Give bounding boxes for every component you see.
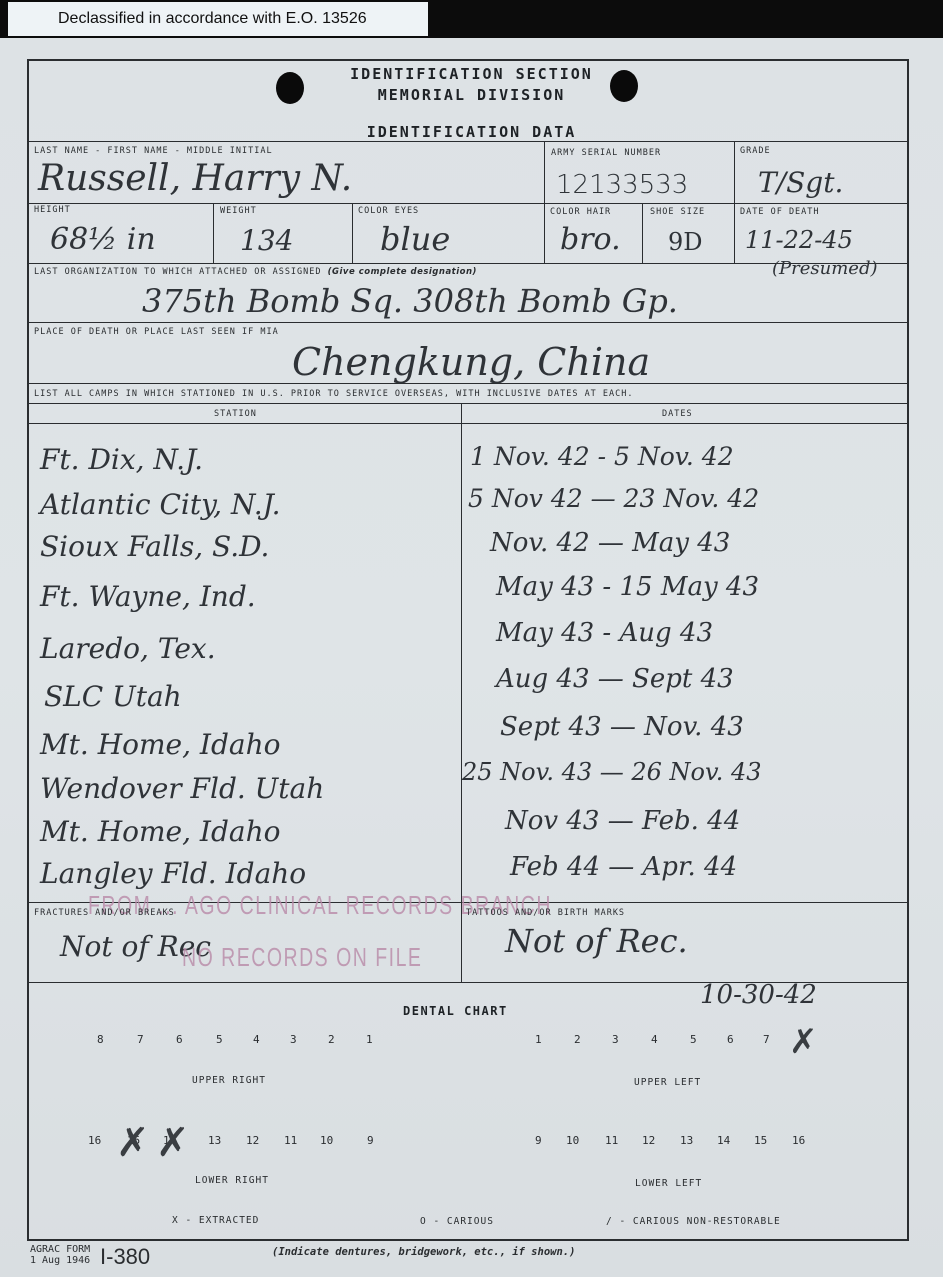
tooth: 4: [651, 1033, 658, 1046]
stamp-line2: NO RECORDS ON FILE: [182, 942, 422, 973]
station-header: STATION: [214, 409, 257, 419]
station-cell: Wendover Fld. Utah: [40, 772, 324, 805]
form-number: I-380: [100, 1244, 150, 1270]
divider: [734, 141, 735, 263]
tooth: 9: [367, 1134, 374, 1147]
station-cell: Sioux Falls, S.D.: [40, 530, 269, 563]
dates-cell: Nov 43 — Feb. 44: [505, 806, 740, 836]
height-value: 68½ in: [50, 222, 156, 257]
tooth: 7: [137, 1033, 144, 1046]
station-cell: Mt. Home, Idaho: [40, 728, 281, 761]
legend-non-restorable: / - CARIOUS NON-RESTORABLE: [606, 1216, 781, 1227]
grade-value: T/Sgt.: [758, 166, 843, 199]
dates-cell: 25 Nov. 43 — 26 Nov. 43: [462, 758, 762, 786]
form-info: AGRAC FORM 1 Aug 1946: [30, 1244, 90, 1266]
tooth: 6: [727, 1033, 734, 1046]
dates-cell: Nov. 42 — May 43: [490, 528, 730, 558]
tooth: 1: [366, 1033, 373, 1046]
tooth: 10: [320, 1134, 333, 1147]
footer-note: (Indicate dentures, bridgework, etc., if…: [272, 1246, 575, 1258]
death-date-value: 11-22-45: [745, 226, 853, 254]
organization-label-text: LAST ORGANIZATION TO WHICH ATTACHED OR A…: [34, 267, 322, 277]
divider: [27, 322, 909, 323]
eyes-value: blue: [380, 220, 450, 258]
extracted-x-mark: ✗: [116, 1120, 150, 1166]
eyes-label: COLOR EYES: [358, 206, 419, 216]
dates-cell: May 43 - 15 May 43: [496, 572, 759, 602]
divider: [27, 403, 909, 404]
hair-value: bro.: [560, 222, 621, 257]
place-value: Chengkung, China: [292, 340, 650, 384]
dates-cell: 5 Nov 42 — 23 Nov. 42: [468, 484, 759, 513]
tattoos-value: Not of Rec.: [505, 922, 688, 960]
divider: [544, 141, 545, 263]
station-cell: Ft. Wayne, Ind.: [40, 580, 256, 613]
name-label: LAST NAME - FIRST NAME - MIDDLE INITIAL: [34, 146, 273, 156]
serial-value: 12133533: [556, 170, 688, 200]
tooth: 9: [535, 1134, 542, 1147]
dates-cell: Aug 43 — Sept 43: [496, 664, 734, 694]
camps-instruction: LIST ALL CAMPS IN WHICH STATIONED IN U.S…: [34, 389, 634, 399]
tooth: 10: [566, 1134, 579, 1147]
tooth: 14: [717, 1134, 730, 1147]
name-value: Russell, Harry N.: [38, 158, 352, 199]
divider: [352, 203, 353, 263]
place-label: PLACE OF DEATH OR PLACE LAST SEEN IF MIA: [34, 327, 279, 337]
grade-label: GRADE: [740, 146, 771, 156]
tooth: 11: [284, 1134, 297, 1147]
extracted-x-mark: ✗: [789, 1022, 818, 1062]
header-line1: IDENTIFICATION SECTION: [0, 65, 943, 83]
station-cell: Mt. Home, Idaho: [40, 815, 281, 848]
divider: [213, 203, 214, 263]
station-cell: Ft. Dix, N.J.: [40, 443, 203, 476]
tooth: 1: [535, 1033, 542, 1046]
station-cell: Atlantic City, N.J.: [40, 488, 281, 521]
tooth: 13: [208, 1134, 221, 1147]
tooth: 12: [246, 1134, 259, 1147]
dates-cell: Sept 43 — Nov. 43: [500, 712, 744, 742]
hair-label: COLOR HAIR: [550, 207, 611, 217]
legend-carious: O - CARIOUS: [420, 1216, 494, 1227]
shoe-label: SHOE SIZE: [650, 207, 705, 217]
tooth: 11: [605, 1134, 618, 1147]
station-cell: Langley Fld. Idaho: [40, 857, 306, 890]
form-line2: 1 Aug 1946: [30, 1255, 90, 1266]
declassified-banner: Declassified in accordance with E.O. 135…: [8, 2, 428, 36]
tooth: 5: [216, 1033, 223, 1046]
dates-header: DATES: [662, 409, 693, 419]
tooth: 12: [642, 1134, 655, 1147]
lower-left-label: LOWER LEFT: [635, 1178, 702, 1189]
tooth: 6: [176, 1033, 183, 1046]
shoe-value: 9D: [668, 228, 703, 256]
upper-right-label: UPPER RIGHT: [192, 1075, 266, 1086]
upper-left-label: UPPER LEFT: [634, 1077, 701, 1088]
tooth: 3: [290, 1033, 297, 1046]
tooth: 15: [754, 1134, 767, 1147]
tooth: 3: [612, 1033, 619, 1046]
tooth: 13: [680, 1134, 693, 1147]
dental-date: 10-30-42: [700, 980, 817, 1010]
organization-label-note: (Give complete designation): [328, 267, 477, 277]
divider: [27, 423, 909, 424]
dates-cell: 1 Nov. 42 - 5 Nov. 42: [470, 442, 734, 471]
tooth: 2: [574, 1033, 581, 1046]
organization-label: LAST ORGANIZATION TO WHICH ATTACHED OR A…: [34, 267, 477, 277]
tattoos-label: TATTOOS AND/OR BIRTH MARKS: [466, 908, 625, 918]
death-date-label: DATE OF DEATH: [740, 207, 820, 217]
station-cell: Laredo, Tex.: [40, 632, 216, 665]
serial-label: ARMY SERIAL NUMBER: [551, 148, 661, 158]
divider: [27, 203, 909, 204]
tooth: 5: [690, 1033, 697, 1046]
header-line2: MEMORIAL DIVISION: [0, 86, 943, 104]
organization-value: 375th Bomb Sq. 308th Bomb Gp.: [142, 282, 678, 320]
extracted-x-mark: ✗: [156, 1120, 190, 1166]
tooth: 4: [253, 1033, 260, 1046]
dates-cell: May 43 - Aug 43: [496, 618, 713, 648]
tooth: 16: [88, 1134, 101, 1147]
legend-extracted: X - EXTRACTED: [172, 1215, 259, 1226]
death-date-note: (Presumed): [772, 258, 878, 279]
height-label: HEIGHT: [34, 205, 71, 215]
tooth: 2: [328, 1033, 335, 1046]
station-cell: SLC Utah: [44, 680, 182, 713]
weight-value: 134: [240, 224, 293, 257]
divider: [642, 203, 643, 263]
tooth: 7: [763, 1033, 770, 1046]
dates-cell: Feb 44 — Apr. 44: [510, 852, 737, 882]
divider: [27, 141, 909, 142]
tooth: 8: [97, 1033, 104, 1046]
lower-right-label: LOWER RIGHT: [195, 1175, 269, 1186]
weight-label: WEIGHT: [220, 206, 257, 216]
section-title: IDENTIFICATION DATA: [0, 123, 943, 141]
fractures-label: FRACTURES AND/OR BREAKS: [34, 908, 175, 918]
form-line1: AGRAC FORM: [30, 1244, 90, 1255]
dental-title: DENTAL CHART: [403, 1004, 508, 1018]
tooth: 16: [792, 1134, 805, 1147]
